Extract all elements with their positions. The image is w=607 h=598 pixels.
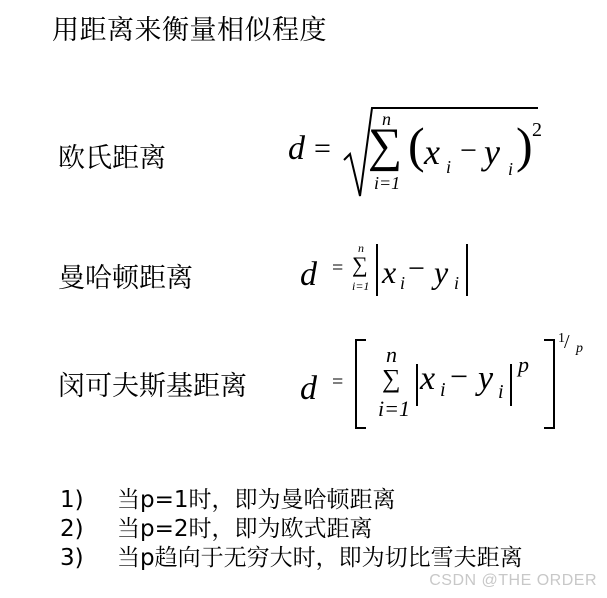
abs-bar-right	[510, 364, 512, 406]
list-text: 当p趋向于无穷大时，即为切比雪夫距离	[117, 544, 523, 573]
abs-bar-right	[466, 244, 468, 296]
abs-bar-left	[416, 364, 418, 406]
y-sub: i	[454, 274, 459, 292]
x-sub: i	[400, 274, 405, 292]
right-paren: )	[516, 120, 533, 170]
sigma-icon: ∑	[368, 122, 402, 170]
list-number: 1)	[60, 486, 117, 515]
list-item: 2) 当p=2时，即为欧式距离	[60, 515, 523, 544]
minkowski-formula: d = n ∑ i=1 x i − y i p 1 / p	[296, 330, 606, 440]
formula-equals: =	[332, 372, 343, 392]
left-paren: (	[408, 120, 425, 170]
y-var: y	[478, 362, 493, 396]
outer-power-den: p	[576, 342, 583, 356]
minkowski-label: 闵可夫斯基距离	[58, 364, 247, 403]
euclidean-formula: d = n ∑ i=1 ( x i − y i ) 2	[288, 92, 548, 212]
inner-power: p	[518, 354, 529, 376]
sum-lower: i=1	[374, 174, 400, 192]
formula-equals: =	[332, 258, 343, 278]
outer-power-slash: /	[564, 332, 570, 352]
euclidean-label: 欧氏距离	[58, 136, 166, 175]
list-number: 2)	[60, 515, 117, 544]
list-item: 1) 当p=1时，即为曼哈顿距离	[60, 486, 523, 515]
minus: −	[460, 136, 477, 166]
power: 2	[532, 120, 542, 140]
sum-upper: n	[386, 344, 397, 366]
manhattan-label: 曼哈顿距离	[58, 256, 193, 295]
left-bracket-icon	[354, 338, 368, 430]
sigma-icon: ∑	[382, 366, 401, 392]
manhattan-formula: d = n ∑ i=1 x i − y i	[296, 240, 486, 310]
notes-list: 1) 当p=1时，即为曼哈顿距离 2) 当p=2时，即为欧式距离 3) 当p趋向…	[60, 486, 523, 573]
list-text: 当p=2时，即为欧式距离	[117, 515, 373, 544]
x-var: x	[382, 256, 396, 288]
sum-lower: i=1	[352, 280, 369, 292]
y-sub: i	[498, 382, 504, 402]
list-number: 3)	[60, 544, 117, 573]
formula-lhs: d	[300, 372, 317, 406]
list-text: 当p=1时，即为曼哈顿距离	[117, 486, 396, 515]
formula-lhs: d	[300, 258, 317, 292]
list-item: 3) 当p趋向于无穷大时，即为切比雪夫距离	[60, 544, 523, 573]
x-var: x	[420, 362, 435, 396]
minus: −	[408, 254, 425, 284]
abs-bar-left	[376, 244, 378, 296]
page-title: 用距离来衡量相似程度	[52, 8, 327, 47]
formula-equals: =	[314, 134, 331, 164]
sigma-icon: ∑	[352, 254, 368, 276]
y-var: y	[434, 256, 448, 288]
watermark: CSDN @THE ORDER	[429, 572, 597, 590]
sum-lower: i=1	[378, 398, 410, 420]
y-sub: i	[508, 160, 513, 178]
formula-lhs: d	[288, 132, 305, 166]
right-bracket-icon	[542, 338, 556, 430]
x-sub: i	[440, 380, 446, 400]
x-var: x	[424, 134, 440, 170]
minus: −	[450, 360, 468, 392]
x-sub: i	[446, 158, 451, 176]
y-var: y	[484, 134, 500, 170]
